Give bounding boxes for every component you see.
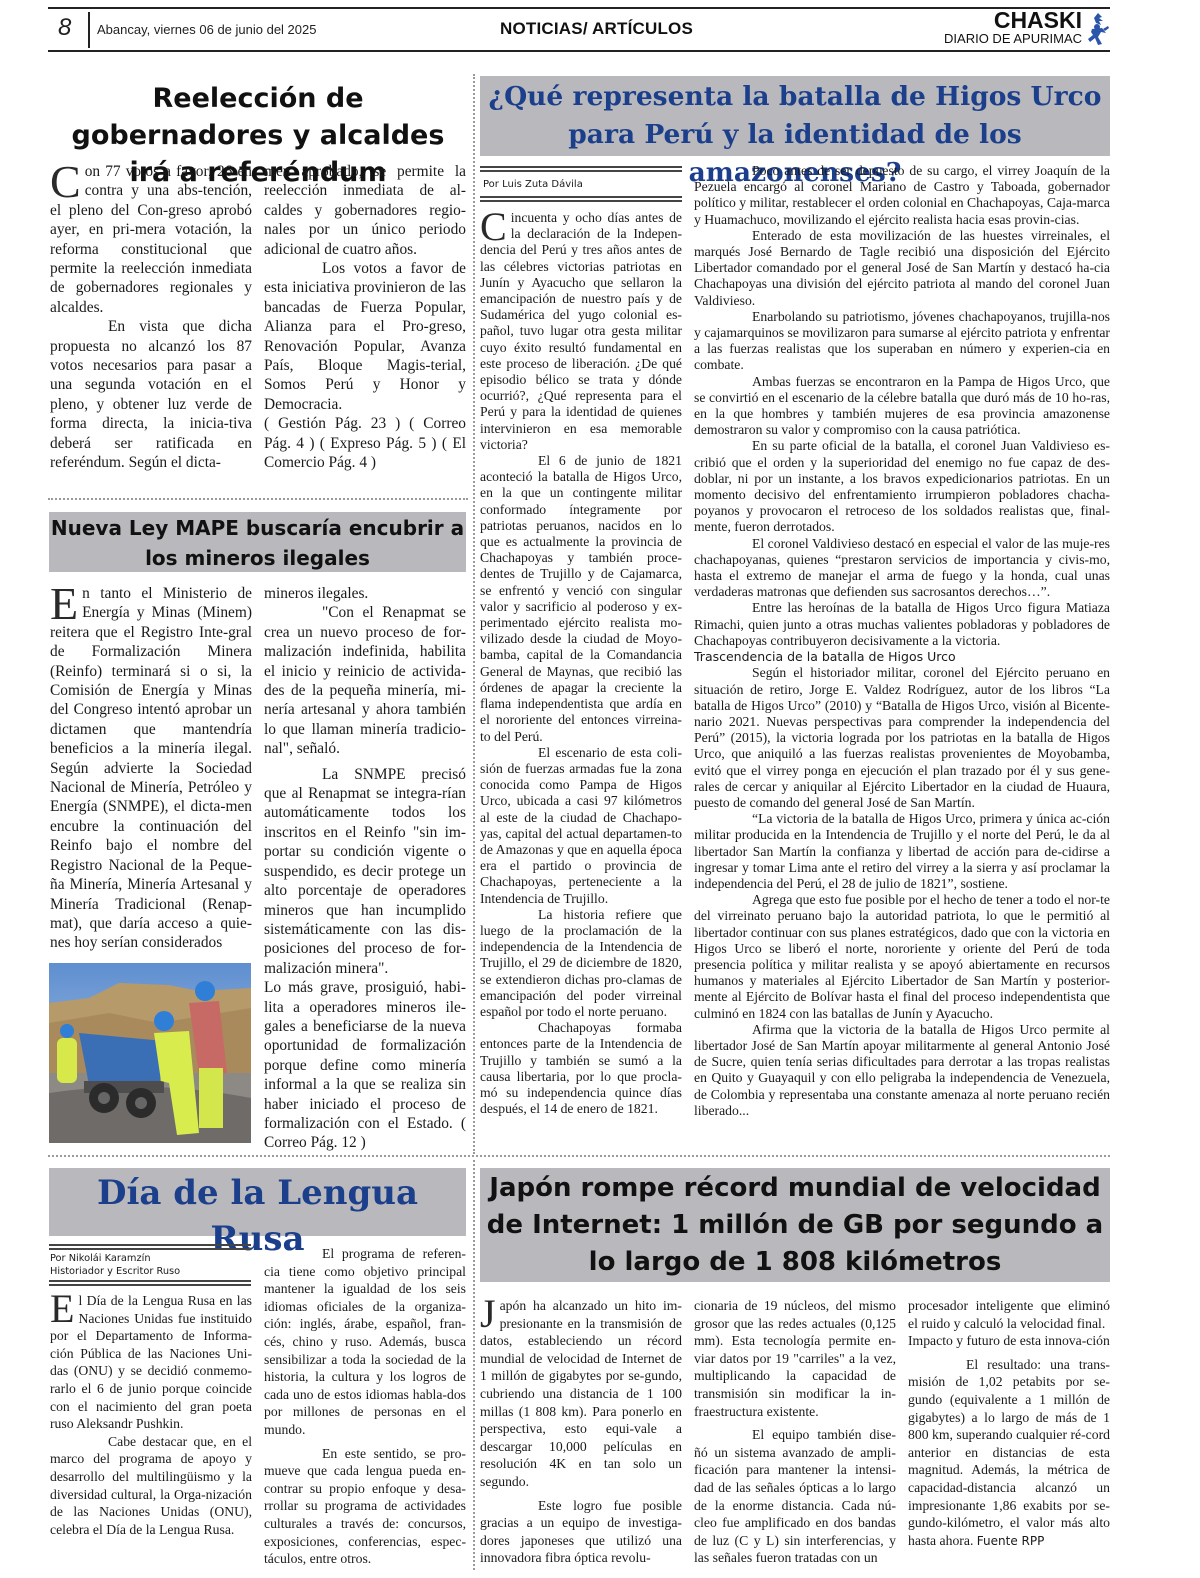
byline: Por Luis Zuta Dávila [483, 178, 683, 191]
drop-cap: C [480, 212, 507, 242]
article-reeleccion-col1: Con 77 votos a favor, 26 en contra y una… [50, 162, 252, 473]
paragraph: procesador inteligente que eliminó el ru… [908, 1297, 1110, 1332]
paragraph: Poco antes de ser depuesto de su cargo, … [694, 163, 1110, 228]
column-divider [473, 1160, 475, 1570]
byline-role: Historiador y Escritor Ruso [50, 1265, 250, 1278]
section-divider [48, 1155, 1110, 1157]
dateline: Abancay, viernes 06 de junio del 2025 [97, 22, 316, 37]
masthead: CHASKI DIARIO DE APURIMAC [944, 9, 1082, 46]
header-bottom-rule [48, 50, 1110, 52]
article-japon-col3: procesador inteligente que eliminó el ru… [908, 1297, 1110, 1550]
brand-subtitle: DIARIO DE APURIMAC [944, 31, 1082, 46]
chaski-runner-logo-icon [1084, 11, 1110, 47]
paragraph-text: El resultado: una trans-misión de 1,02 p… [908, 1357, 1110, 1548]
paragraph: En su parte oficial de la batalla, el co… [694, 438, 1110, 535]
paragraph: Afirma que la victoria de la batalla de … [694, 1022, 1110, 1119]
drop-cap: J [480, 1299, 496, 1329]
paragraph: mineros ilegales. [264, 584, 466, 603]
paragraph: Enarbolando su patriotismo, jóvenes chac… [694, 309, 1110, 374]
paragraph: Entre las heroínas de la batalla de Higo… [694, 600, 1110, 649]
source-credit: Fuente RPP [977, 1534, 1045, 1548]
paragraph: En este sentido, se pro-mueve que cada l… [264, 1445, 466, 1568]
miners-photo [49, 963, 251, 1143]
paragraph: Ambas fuerzas se encontraron en la Pampa… [694, 374, 1110, 439]
article-lengua-rusa-col1: El Día de la Lengua Rusa en las Naciones… [50, 1292, 252, 1538]
article-mape-col2: mineros ilegales. "Con el Renapmat se cr… [264, 584, 466, 1153]
article-japon-col2: cionaria de 19 núcleos, del mismo grosor… [694, 1297, 896, 1567]
paragraph: La SNMPE precisó que al Renapmat se inte… [264, 765, 466, 978]
paragraph: "Con el Renapmat se crea un nuevo proces… [264, 603, 466, 758]
headline-higos-urco: ¿Qué representa la batalla de Higos Urco… [480, 76, 1110, 156]
byline-rule [49, 1280, 251, 1286]
byline-name: Por Nikolái Karamzín [50, 1252, 250, 1265]
headline-japon: Japón rompe récord mundial de velocidad … [480, 1168, 1110, 1282]
section-title: NOTICIAS/ ARTÍCULOS [500, 19, 693, 39]
paragraph: El programa de referen-cia tiene como ob… [264, 1245, 466, 1439]
page-number: 8 [58, 14, 71, 42]
paragraph: El resultado: una trans-misión de 1,02 p… [908, 1356, 1110, 1551]
paragraph: incuenta y ocho días antes de la declara… [480, 210, 682, 452]
paragraph: cionaria de 19 núcleos, del mismo grosor… [694, 1297, 896, 1420]
paragraph: Este logro fue posible gracias a un equi… [480, 1497, 682, 1567]
paragraph: n tanto el Ministerio de Energía y Minas… [50, 585, 252, 951]
article-japon-col1: Japón ha alcanzado un hito im-presionant… [480, 1297, 682, 1567]
paragraph: “La victoria de la batalla de Higos Urco… [694, 811, 1110, 892]
header-separator [88, 12, 90, 48]
headline-mape: Nueva Ley MAPE buscaría encubrir a los m… [49, 512, 466, 572]
paragraph: l Día de la Lengua Rusa en las Naciones … [50, 1293, 252, 1431]
paragraph: Chachapoyas formaba entonces parte de la… [480, 1020, 682, 1117]
paragraph: El coronel Valdivieso destacó en especia… [694, 536, 1110, 601]
paragraph: apón ha alcanzado un hito im-presionante… [480, 1298, 682, 1489]
article-higos-urco-col1: Cincuenta y ocho días antes de la declar… [480, 210, 682, 1117]
paragraph: El escenario de esta coli-sión de fuerza… [480, 745, 682, 907]
byline: Por Nikolái Karamzín Historiador y Escri… [50, 1252, 250, 1278]
paragraph: Los votos a favor de esta iniciativa pro… [264, 259, 466, 414]
article-higos-urco-col2: Poco antes de ser depuesto de su cargo, … [694, 163, 1110, 1119]
paragraph: El 6 de junio de 1821 aconteció la batal… [480, 453, 682, 745]
paragraph: En vista que dicha propuesta no alcanzó … [50, 317, 252, 472]
subheading: Impacto y futuro de esta innova-ción [908, 1332, 1110, 1350]
paragraph: Según el historiador militar, coronel de… [694, 665, 1110, 811]
brand-name: CHASKI [944, 9, 1082, 31]
column-divider [473, 74, 475, 1154]
paragraph: El equipo también dise-ñó un sistema ava… [694, 1426, 896, 1567]
article-reeleccion-col2: men aprobado, se permite la reelección i… [264, 162, 466, 473]
source-citations: ( Gestión Pág. 23 ) ( Correo Pág. 4 ) ( … [264, 414, 466, 472]
subheading: Trascendencia de la batalla de Higos Urc… [694, 649, 1110, 665]
drop-cap: C [50, 164, 81, 200]
paragraph: Agrega que esto fue posible por el hecho… [694, 892, 1110, 1022]
paragraph: Lo más grave, prosiguió, habi-lita a ope… [264, 978, 466, 1153]
paragraph: Enterado de esta movilización de las hue… [694, 228, 1110, 309]
drop-cap: E [50, 1294, 74, 1324]
paragraph: Cabe destacar que, en el marco del progr… [50, 1433, 252, 1539]
byline-rule [480, 196, 682, 202]
article-lengua-rusa-col2: El programa de referen-cia tiene como ob… [264, 1245, 466, 1568]
paragraph: men aprobado, se permite la reelección i… [264, 162, 466, 259]
article-mape-col1: En tanto el Ministerio de Energía y Mina… [50, 584, 252, 953]
byline-rule [480, 166, 682, 172]
byline-rule [49, 1244, 251, 1250]
paragraph: La historia refiere que luego de la proc… [480, 907, 682, 1020]
headline-lengua-rusa: Día de la Lengua Rusa [49, 1168, 466, 1236]
drop-cap: E [50, 586, 78, 622]
section-divider [48, 498, 468, 500]
